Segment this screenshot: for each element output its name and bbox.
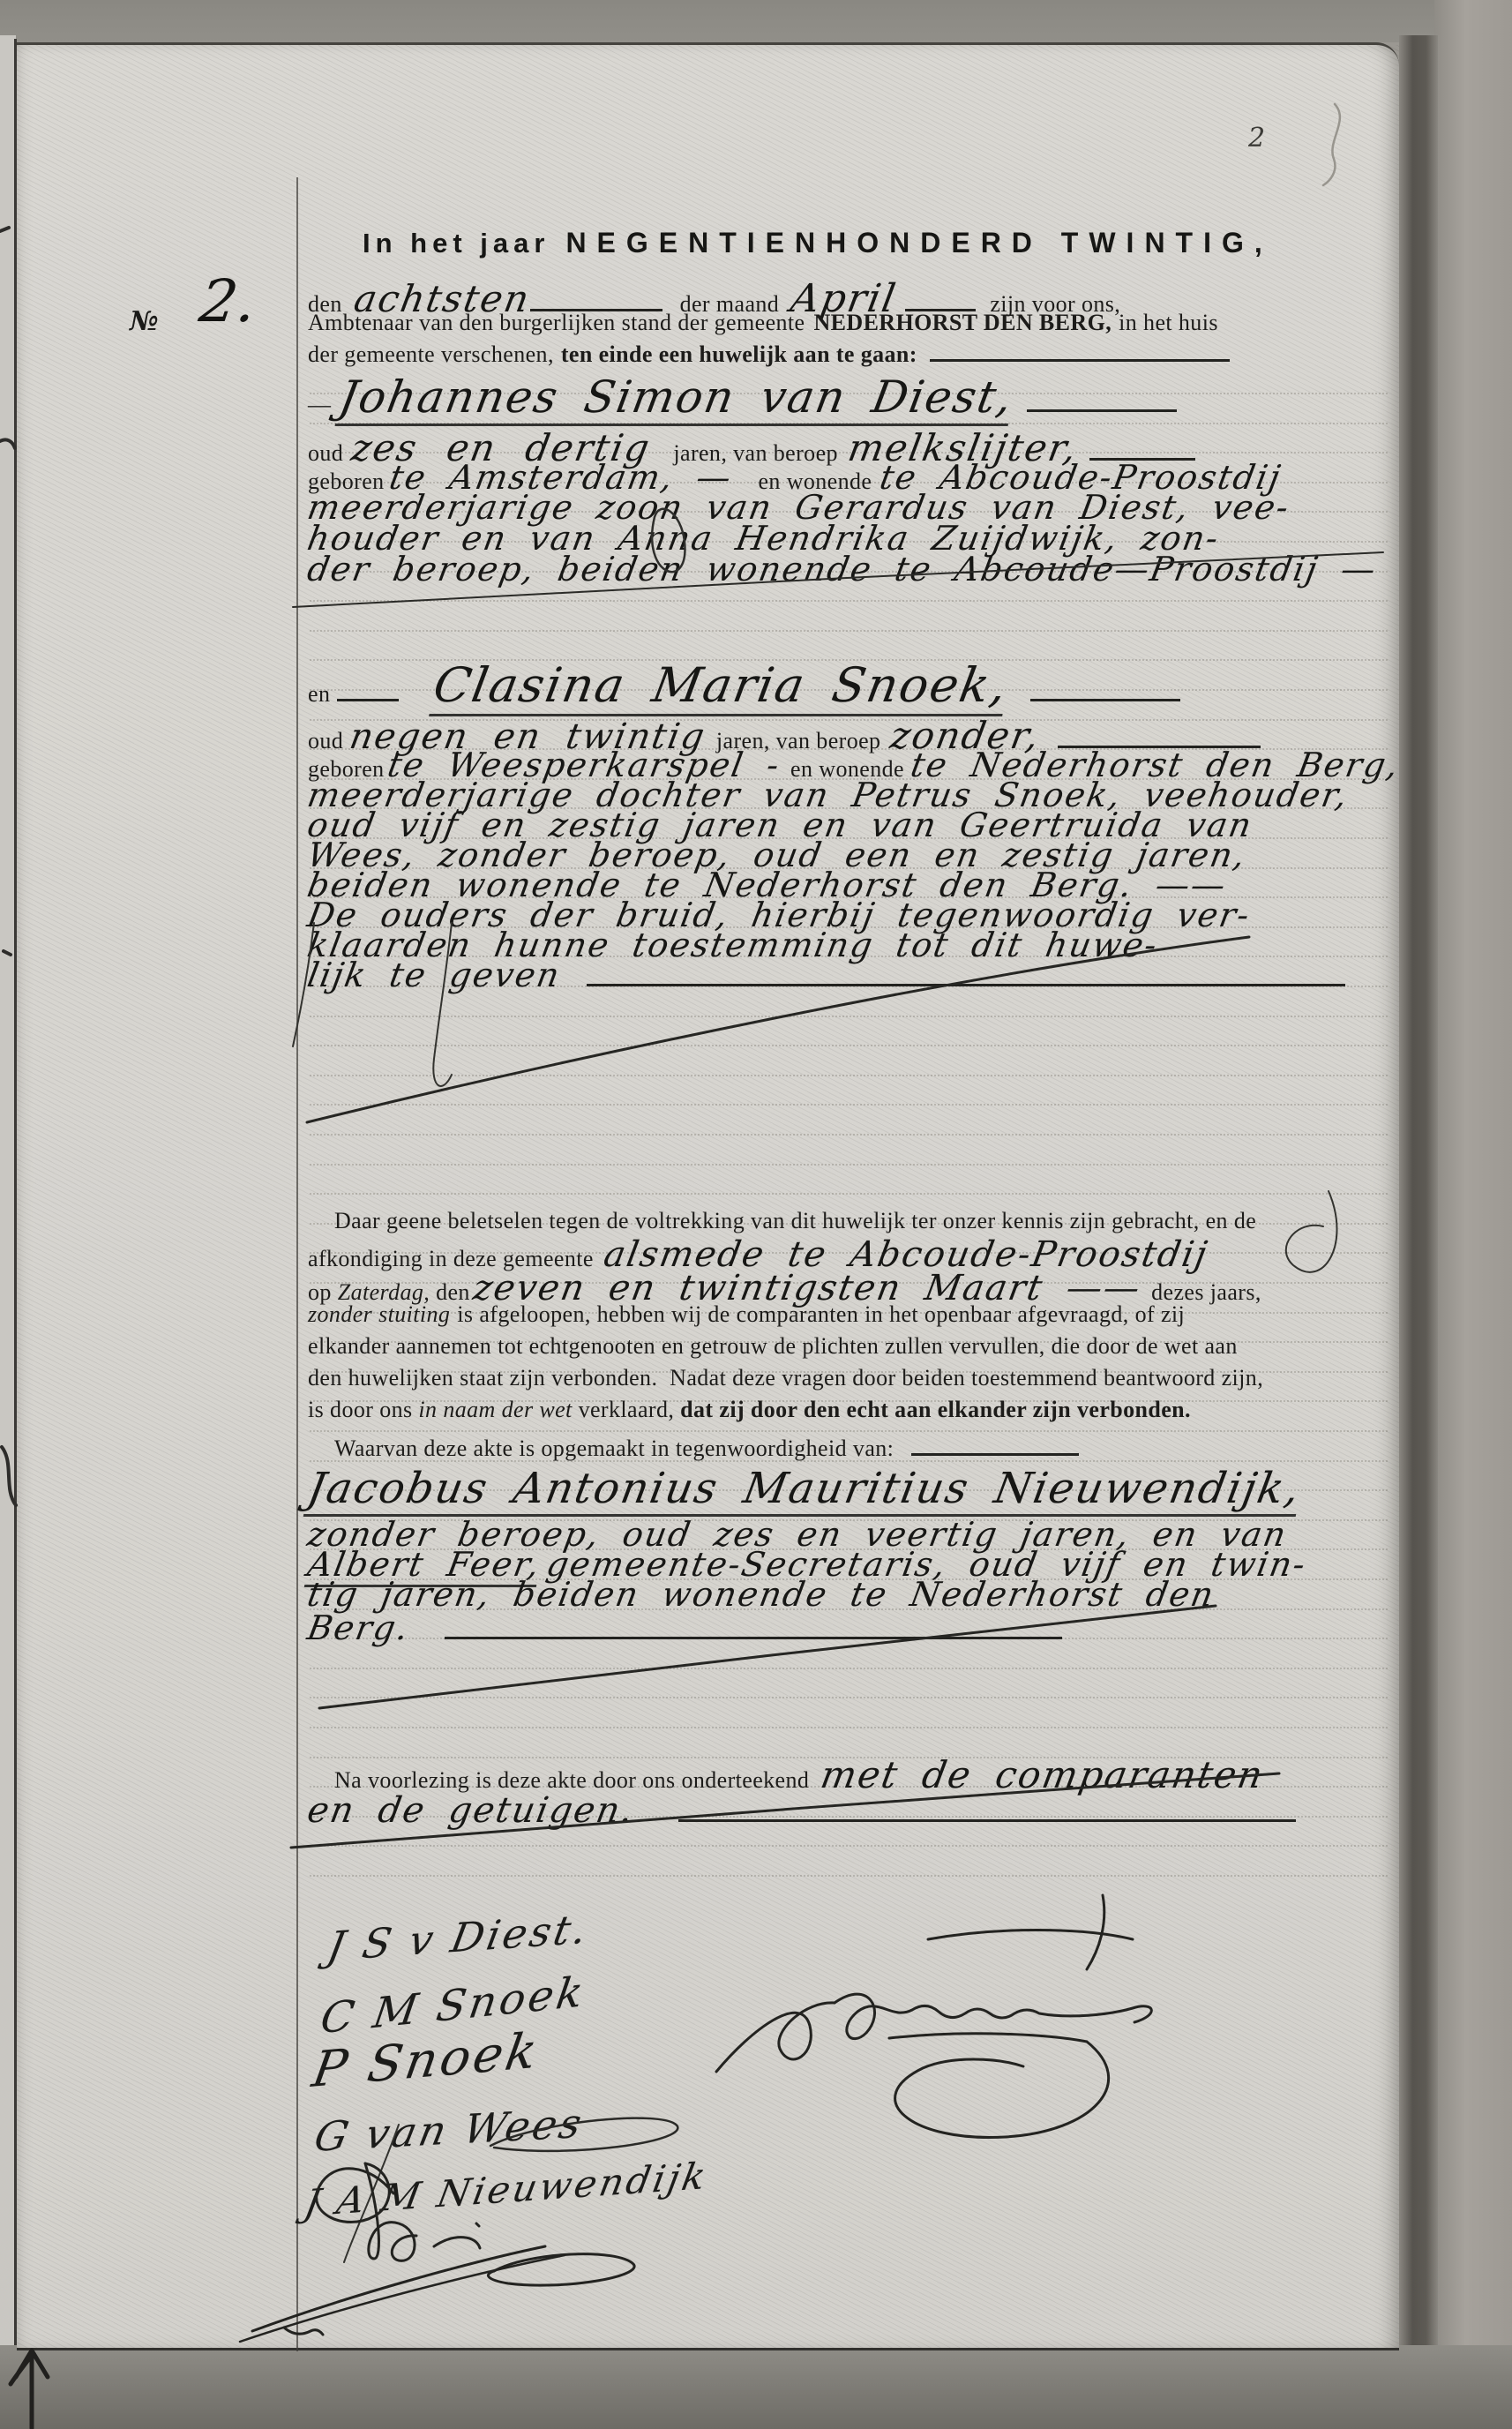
fill-line [587, 971, 1345, 986]
ruled-line [310, 1697, 1388, 1698]
spacer [1112, 329, 1119, 330]
ruled-line [310, 1668, 1388, 1669]
printed-text: is door ons [308, 1397, 418, 1423]
act-line: Ambtenaar van den burgerlijken stand der… [308, 310, 1218, 336]
fill-line [930, 347, 1230, 362]
printed-text: in het huis [1119, 310, 1218, 336]
ruled-line [310, 1727, 1388, 1728]
ruled-line [310, 1875, 1388, 1877]
printed-text: Daar geene beletselen tegen de voltrekki… [334, 1208, 1256, 1234]
spacer [554, 361, 561, 362]
photo-bottom-band [0, 2345, 1512, 2429]
act-line: en de getuigen. [308, 1790, 1296, 1831]
act-line: is door ons in naam der wet verklaard, d… [308, 1397, 1191, 1423]
fill-line [678, 1807, 1296, 1822]
act-line: Daar geene beletselen tegen de voltrekki… [334, 1208, 1256, 1234]
ruled-line [310, 1104, 1388, 1106]
act-line: lijk te geven [308, 956, 1345, 994]
printed-text: verklaard, [573, 1397, 680, 1423]
printed-text: — [308, 392, 331, 418]
ruled-line [310, 1845, 1388, 1847]
scanned-marriage-record: 2 № 2. In het jaarNEGENTIENHONDERD TWINT… [0, 0, 1512, 2429]
ruled-line [310, 1193, 1388, 1195]
spacer [450, 1321, 457, 1322]
printed-text: NEDERHORST DEN BERG, [813, 310, 1112, 336]
spacer [1013, 411, 1027, 412]
act-line: der beroep, beiden wonende te Abcoude—Pr… [308, 550, 1377, 589]
act-line: zonder stuitingis afgeloopen, hebben wij… [308, 1301, 1185, 1328]
page-edge-shadow [1399, 35, 1438, 2347]
fill-line [911, 1441, 1079, 1456]
printed-text: elkander aannemen tot echtgenooten en ge… [308, 1333, 1238, 1360]
ruled-line [310, 630, 1388, 632]
printed-text: den huwelijken staat zijn verbonden. Nad… [308, 1365, 1263, 1391]
printed-text: der gemeente verschenen, [308, 341, 554, 368]
printed-text: zonder stuiting [308, 1301, 450, 1328]
act-number-value: 2. [196, 267, 261, 335]
spacer [805, 329, 813, 330]
fill-line [1030, 686, 1180, 701]
act-line: Waarvan deze akte is opgemaakt in tegenw… [334, 1436, 1079, 1462]
printed-text: en [308, 681, 330, 708]
printed-header-text: NEGENTIENHONDERD TWINTIG, [565, 227, 1272, 259]
handwritten-name: Johannes Simon van Diest, [335, 371, 1018, 426]
handwritten-name: Jacobus Antonius Mauritius Nieuwendijk, [303, 1464, 1305, 1517]
photo-right-band [1434, 0, 1512, 2429]
handwritten-text: der beroep, beiden wonende te Abcoude—Pr… [304, 550, 1380, 589]
act-number-label: № [130, 306, 159, 337]
printed-text: ten einde een huwelijk aan te gaan: [561, 341, 917, 368]
printed-header-text: In het jaar [363, 228, 550, 259]
act-line: In het jaarNEGENTIENHONDERD TWINTIG, [363, 227, 1273, 259]
act-line: den huwelijken staat zijn verbonden. Nad… [308, 1365, 1263, 1391]
ruled-line [310, 1045, 1388, 1046]
act-line: der gemeente verschenen,ten einde een hu… [308, 341, 1230, 368]
fill-line [1027, 397, 1177, 412]
spacer [550, 251, 565, 252]
printed-text: Ambtenaar van den burgerlijken stand der… [308, 310, 805, 336]
ruled-line [310, 1430, 1388, 1432]
handwritten-text: Berg. [304, 1608, 413, 1647]
spacer [894, 1455, 911, 1456]
spacer [560, 986, 587, 986]
ruled-line [310, 1164, 1388, 1166]
act-line: Berg. [308, 1608, 1062, 1647]
printed-text: in naam der wet [418, 1397, 572, 1423]
handwritten-name: Clasina Maria Snoek, [429, 657, 1013, 716]
act-line: elkander aannemen tot echtgenooten en ge… [308, 1333, 1238, 1360]
handwritten-text: en de getuigen. [304, 1790, 638, 1831]
act-line: enClasina Maria Snoek, [308, 657, 1180, 716]
fill-line [337, 686, 399, 701]
fill-line [445, 1624, 1062, 1639]
ruled-line [310, 1075, 1388, 1076]
printed-text: dat zij door den echt aan elkander zijn … [680, 1397, 1191, 1423]
ruled-line [310, 1016, 1388, 1017]
act-line: Jacobus Antonius Mauritius Nieuwendijk, [308, 1464, 1300, 1517]
spacer [917, 361, 930, 362]
page-number: 2 [1248, 123, 1265, 154]
document-page: 2 № 2. In het jaarNEGENTIENHONDERD TWINT… [17, 42, 1399, 2350]
printed-text: Waarvan deze akte is opgemaakt in tegenw… [334, 1436, 894, 1462]
spacer [1141, 1299, 1151, 1300]
photo-top-band [0, 0, 1512, 42]
spacer [399, 701, 434, 701]
handwritten-text: lijk te geven [304, 956, 564, 994]
act-line: —Johannes Simon van Diest, [308, 371, 1177, 426]
ruled-line [310, 600, 1388, 602]
spacer [409, 1638, 445, 1639]
ruled-line [310, 1134, 1388, 1136]
spacer [634, 1821, 678, 1822]
spacer [1007, 701, 1030, 701]
spacer [330, 701, 337, 701]
printed-text: is afgeloopen, hebben wij de comparanten… [457, 1301, 1185, 1328]
